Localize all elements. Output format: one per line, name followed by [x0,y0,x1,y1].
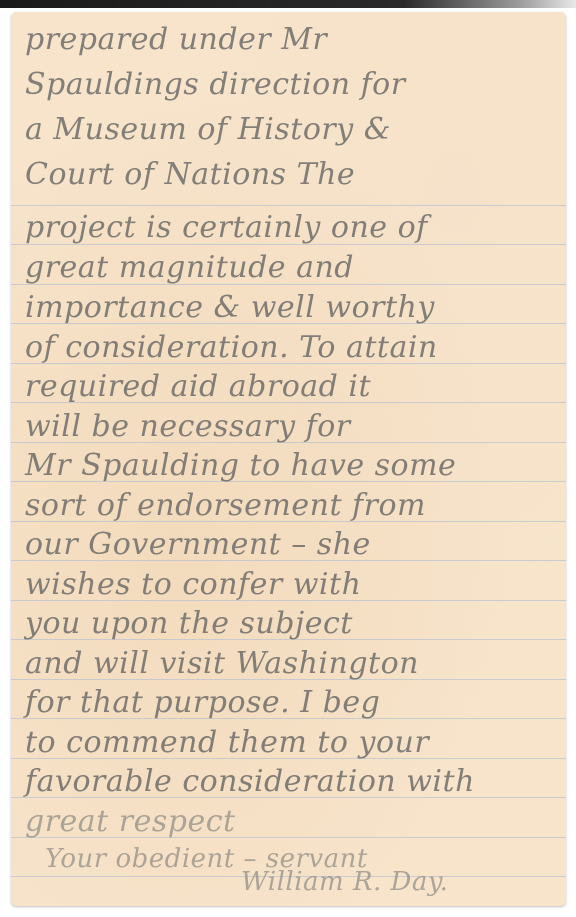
handwritten-line: Spauldings direction for [25,67,406,102]
handwritten-line: favorable consideration with [25,764,475,799]
handwritten-line: importance & well worthy [25,290,435,325]
handwritten-line: to commend them to your [25,725,429,760]
signature: William R. Day. [241,867,448,897]
handwritten-line: you upon the subject [25,606,353,641]
handwritten-line: for that purpose. I beg [25,685,380,720]
handwritten-line: wishes to confer with [25,567,361,602]
ruled-line [11,205,566,206]
scan-border-strip [0,0,576,8]
handwritten-line: prepared under Mr [25,22,327,57]
handwritten-line: a Museum of History & [25,112,391,147]
handwritten-line: Court of Nations The [25,157,355,192]
handwritten-line: great magnitude and [25,250,354,285]
handwritten-line: of consideration. To attain [25,330,438,365]
handwritten-line: will be necessary for [25,409,351,444]
letter-page: prepared under Mr Spauldings direction f… [11,12,566,906]
handwritten-line: required aid abroad it [25,369,371,404]
handwritten-line: our Government – she [25,527,371,562]
document-scan: prepared under Mr Spauldings direction f… [0,0,576,917]
handwritten-line: Mr Spaulding to have some [25,448,456,483]
handwritten-line: and will visit Washington [25,646,419,681]
handwritten-line: great respect [25,804,236,839]
handwritten-line: sort of endorsement from [25,488,426,523]
handwritten-line: project is certainly one of [25,210,428,245]
